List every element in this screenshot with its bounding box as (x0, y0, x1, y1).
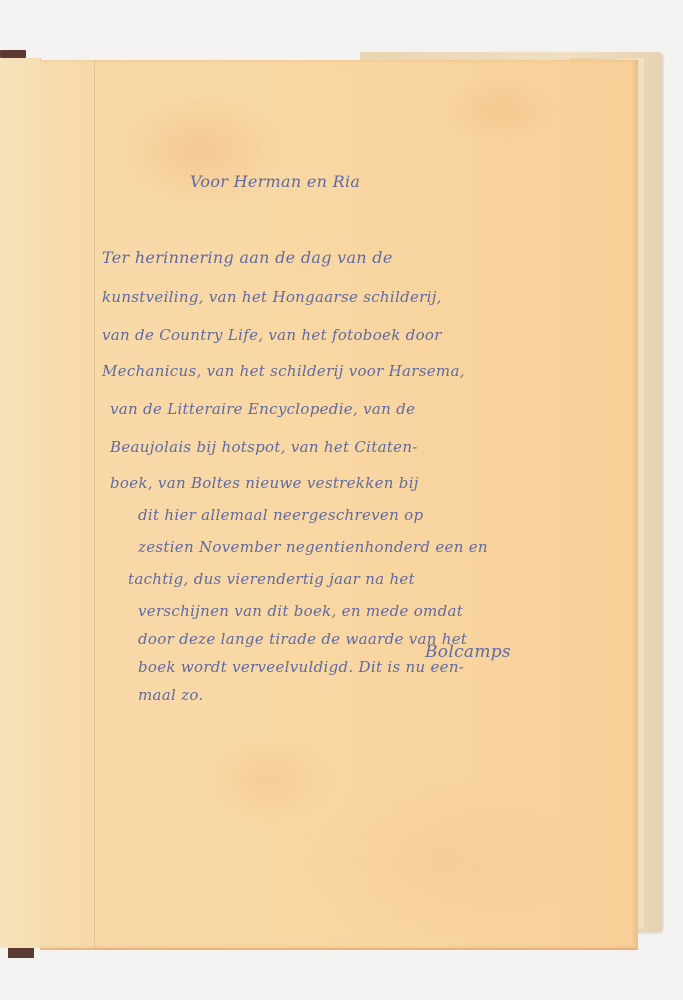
inscription-line-6: Beaujolais bij hotspot, van het Citaten- (110, 438, 418, 456)
inscription-line-3: van de Country Life, van het fotoboek do… (102, 326, 442, 344)
inscription-line-1: Ter herinnering aan de dag van de (102, 248, 393, 267)
book-cover-corner-top (0, 50, 26, 58)
signature: Bolcamps (425, 642, 511, 662)
inscription-line-11: verschijnen van dit boek, en mede omdat (138, 602, 463, 620)
gutter-fold (94, 60, 95, 948)
inscription-page: Voor Herman en Ria Ter herinnering aan d… (40, 60, 638, 950)
book-photo: Voor Herman en Ria Ter herinnering aan d… (0, 0, 683, 1000)
dedication-salutation: Voor Herman en Ria (190, 172, 360, 191)
inscription-line-9: zestien November negentienhonderd een en (138, 538, 488, 556)
inscription-line-12: door deze lange tirade de waarde van het (138, 630, 467, 648)
inscription-line-8: dit hier allemaal neergeschreven op (138, 506, 423, 524)
inscription-line-7: boek, van Boltes nieuwe vestrekken bij (110, 474, 419, 492)
inscription-line-4: Mechanicus, van het schilderij voor Hars… (102, 362, 465, 380)
inscription-line-13: boek wordt verveelvuldigd. Dit is nu een… (138, 658, 464, 676)
inscription-line-10: tachtig, dus vierendertig jaar na het (128, 570, 415, 588)
inscription-line-14: maal zo. (138, 686, 204, 704)
flyleaf-left (0, 58, 41, 948)
inscription-line-2: kunstveiling, van het Hongaarse schilder… (102, 288, 442, 306)
inscription-line-5: van de Litteraire Encyclopedie, van de (110, 400, 415, 418)
book-cover-corner-bottom (8, 948, 34, 958)
